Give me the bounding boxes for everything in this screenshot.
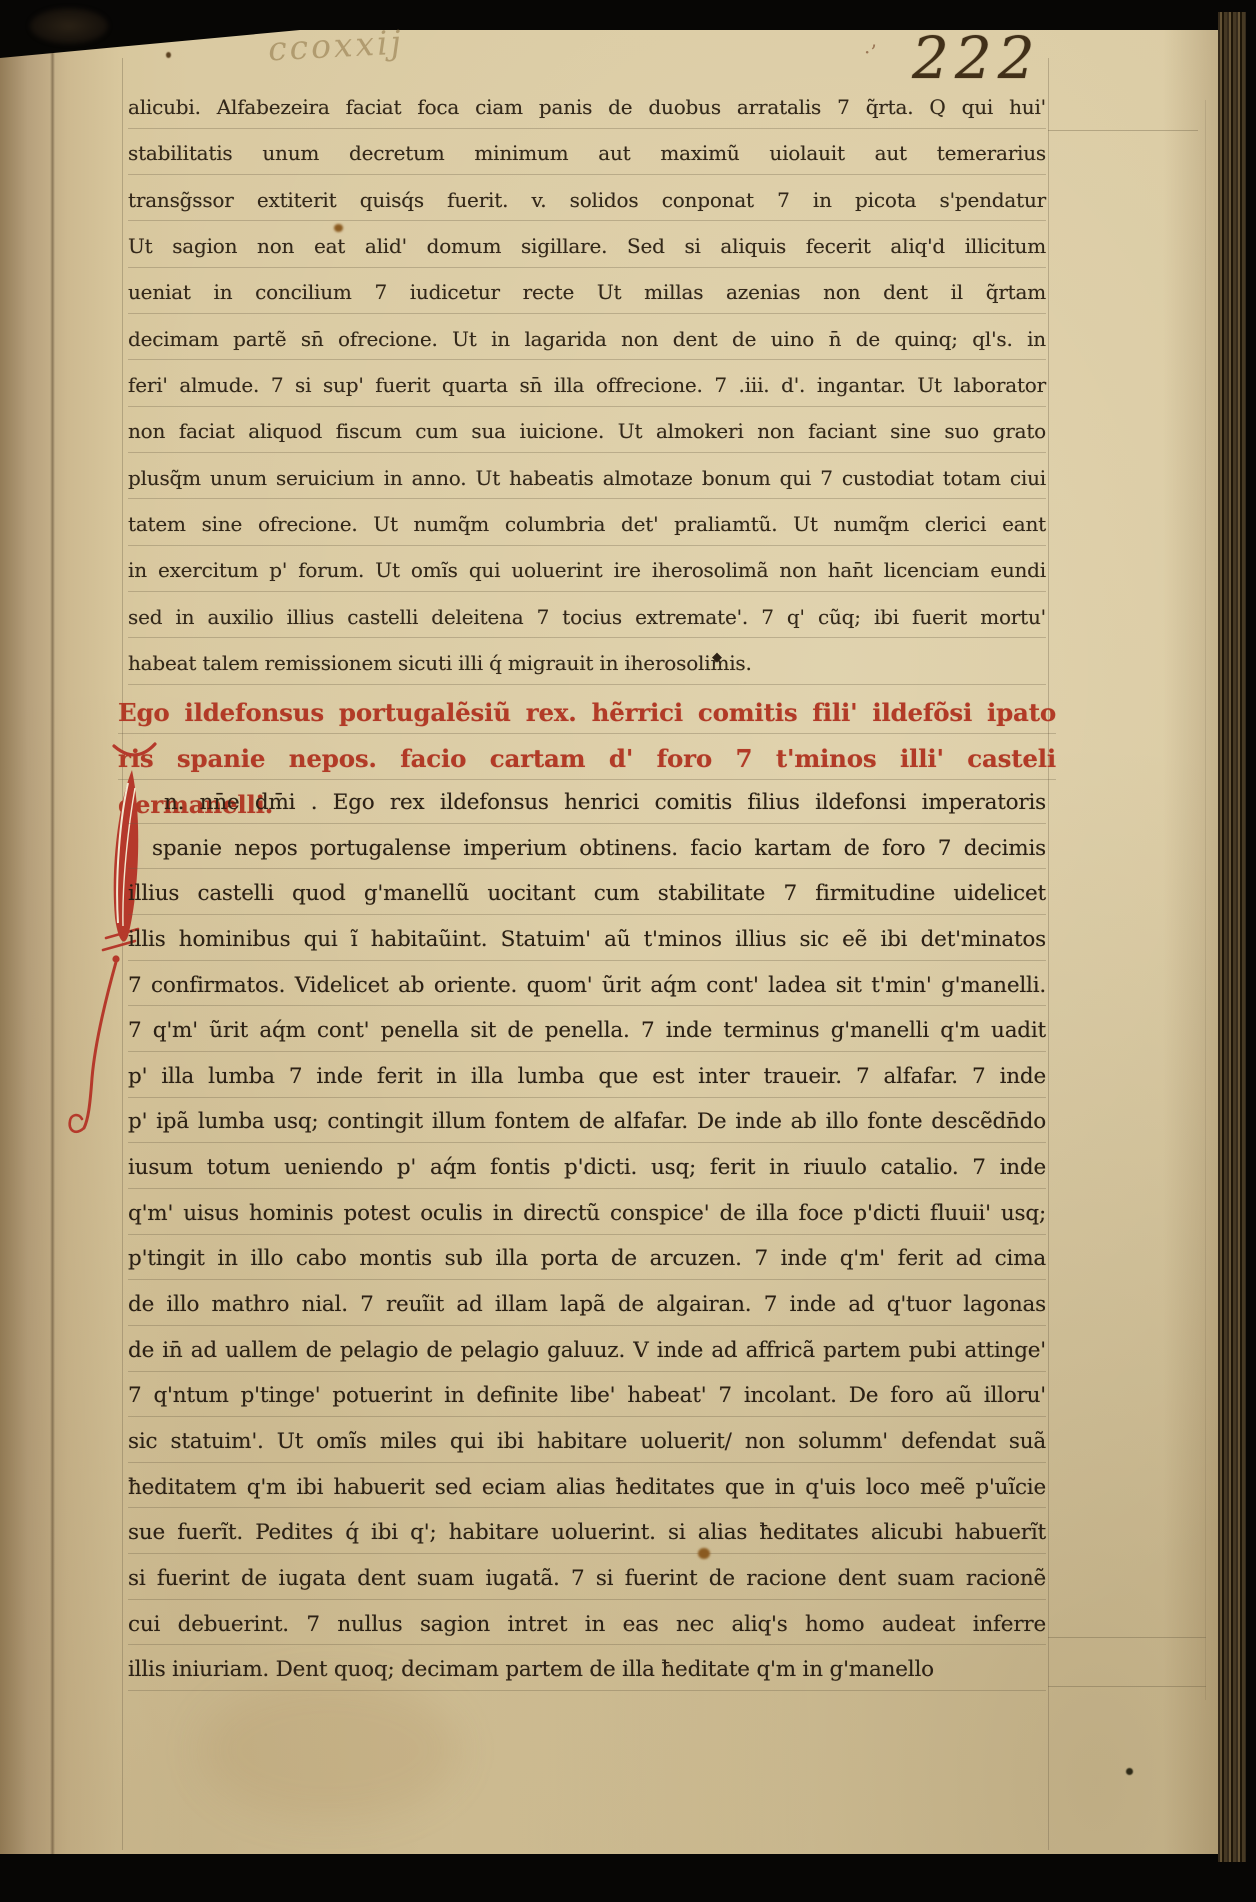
text-block-lower: n. nn̄e dm̄i . Ego rex ildefonsus henric…	[128, 780, 1046, 1693]
text-line: spanie nepos portugalense imperium obtin…	[128, 826, 1046, 872]
text-line: illis iniuriam. Dent quoq; decimam parte…	[128, 1647, 1046, 1693]
rubric: Ego ildefonsus portugalẽsiũ rex. hẽrrici…	[118, 690, 1056, 782]
parchment-stain	[200, 1680, 460, 1820]
corner-mark: ·’	[864, 40, 877, 64]
rubric-line: ris spanie nepos. facio cartam d' foro 7…	[118, 736, 1056, 782]
text-line: p' ipã lumba usq; contingit illum fontem…	[128, 1099, 1046, 1145]
text-line: sic statuim'. Ut omĩs miles qui ibi habi…	[128, 1419, 1046, 1465]
page-edge-stack	[1218, 12, 1246, 1862]
text-line: illis hominibus qui ĩ habitaũint. Statui…	[128, 917, 1046, 963]
text-line: 7 q'ntum p'tinge' potuerint in definite …	[128, 1373, 1046, 1419]
photo-background: ccoxxij ·’ 222 alicubi. Alfabezeira faci…	[0, 0, 1256, 1902]
text-line: non faciat aliquod fiscum cum sua iuicio…	[128, 408, 1046, 454]
parchment-spot	[698, 1548, 710, 1559]
text-line: 7 confirmatos. Videlicet ab oriente. quo…	[128, 963, 1046, 1009]
rubric-line: Ego ildefonsus portugalẽsiũ rex. hẽrrici…	[118, 690, 1056, 736]
old-foliation-mark: ccoxxij	[267, 22, 405, 68]
text-line: iusum totum ueniendo p' aq́m fontis p'di…	[128, 1145, 1046, 1191]
text-line: habeat talem remissionem sicuti illi q́ …	[128, 640, 1046, 686]
parchment-spot	[334, 224, 343, 232]
parchment-spot	[1126, 1768, 1133, 1775]
ruling-extension	[1048, 1686, 1206, 1687]
text-line: tatem sine ofrecione. Ut numq̃m columbri…	[128, 501, 1046, 547]
text-line: sue fuerĩt. Pedites q́ ibi q'; habitare …	[128, 1510, 1046, 1556]
text-line: Ut sagion non eat alid' domum sigillare.…	[128, 223, 1046, 269]
folio-number: 222	[912, 24, 1042, 92]
text-line: sed in auxilio illius castelli deleitena…	[128, 594, 1046, 640]
gutter-crease	[50, 30, 55, 1854]
parchment-spot	[166, 52, 171, 58]
text-line: si fuerint de iugata dent suam iugatã. 7…	[128, 1556, 1046, 1602]
text-line: 7 q'm' ũrit aq́m cont' penella sit de pe…	[128, 1008, 1046, 1054]
text-line: cui debuerint. 7 nullus sagion intret in…	[128, 1602, 1046, 1648]
text-line: ueniat in concilium 7 iudicetur recte Ut…	[128, 269, 1046, 315]
text-line: q'm' uisus hominis potest oculis in dire…	[128, 1191, 1046, 1237]
text-line: n. nn̄e dm̄i . Ego rex ildefonsus henric…	[128, 780, 1046, 826]
text-block-upper: alicubi. Alfabezeira faciat foca ciam pa…	[128, 84, 1046, 686]
right-margin-rule	[1048, 58, 1049, 1850]
outer-margin-rule	[1205, 100, 1206, 1700]
text-line: p' illa lumba 7 inde ferit in illa lumba…	[128, 1054, 1046, 1100]
text-line: de in̄ ad uallem de pelagio de pelagio g…	[128, 1328, 1046, 1374]
ruling-extension	[1048, 130, 1198, 131]
text-line: alicubi. Alfabezeira faciat foca ciam pa…	[128, 84, 1046, 130]
text-line: illius castelli quod g'manellũ uocitant …	[128, 871, 1046, 917]
binding-tuft	[30, 8, 108, 44]
text-line: p'tingit in illo cabo montis sub illa po…	[128, 1236, 1046, 1282]
text-line: in exercitum p' forum. Ut omĩs qui uolue…	[128, 547, 1046, 593]
paragraph-mark: ◆	[712, 650, 722, 665]
text-line: plusq̃m unum seruicium in anno. Ut habea…	[128, 455, 1046, 501]
text-line: decimam partẽ sn̄ ofrecione. Ut in lagar…	[128, 316, 1046, 362]
text-line: stabilitatis unum decretum minimum aut m…	[128, 130, 1046, 176]
text-line: de illo mathro nial. 7 reuĩit ad illam l…	[128, 1282, 1046, 1328]
text-line: feri' almude. 7 si sup' fuerit quarta sn…	[128, 362, 1046, 408]
text-line: ħeditatem q'm ibi habuerit sed eciam ali…	[128, 1465, 1046, 1511]
ruling-extension	[1048, 1637, 1206, 1638]
text-line: transg̃ssor extiterit quisq́s fuerit. v.…	[128, 177, 1046, 223]
